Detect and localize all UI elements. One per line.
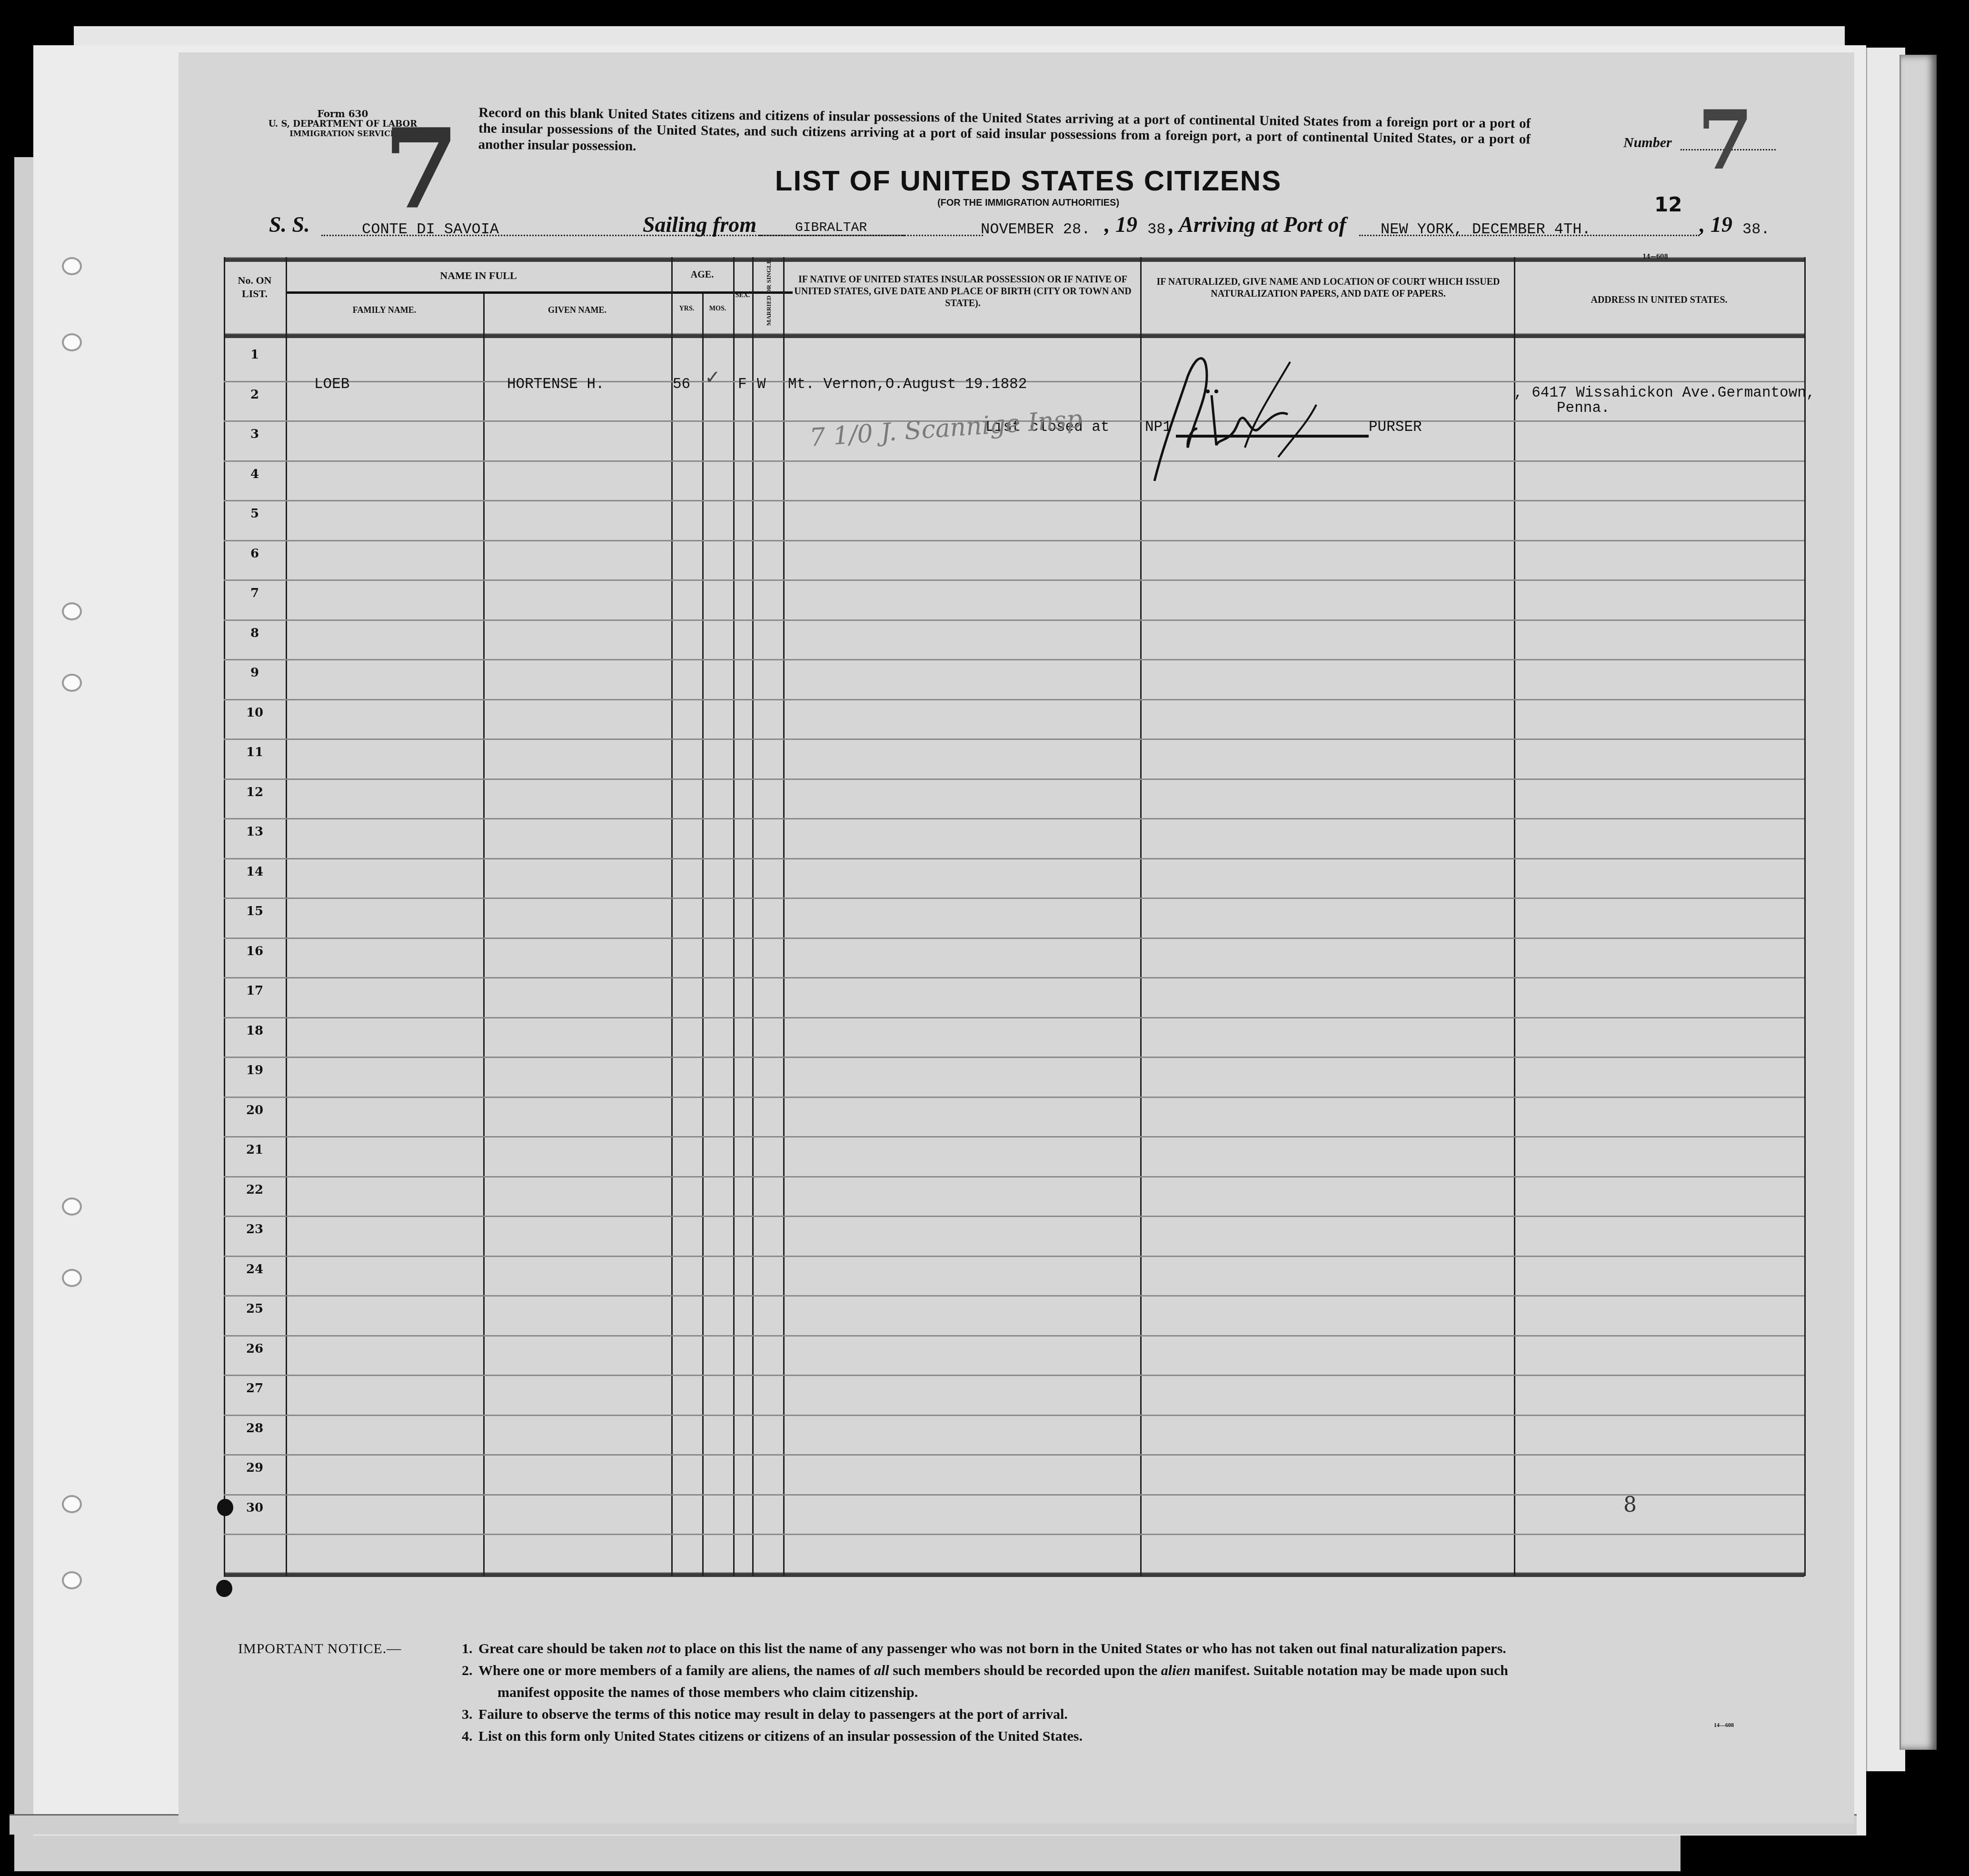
header-no-on-list: No. ON LIST. [224, 274, 286, 300]
number-label: Number [1623, 135, 1672, 151]
row-number: 26 [224, 1342, 286, 1356]
header-age: AGE. [671, 269, 733, 281]
row-rule [224, 898, 1804, 899]
column-rule [483, 294, 485, 1576]
header-married-or-single: MARRIED OR SINGLE. [765, 251, 773, 332]
punch-hole-icon [217, 1499, 233, 1516]
entry-address-line2: Penna. [1557, 400, 1610, 417]
column-rule [733, 257, 735, 1576]
row-number: 19 [224, 1063, 286, 1078]
row-rule [224, 938, 1804, 939]
stamped-number: 7 [383, 114, 459, 224]
entry-marital-status: W [757, 376, 766, 393]
header-name-in-full: NAME IN FULL [286, 269, 671, 282]
row-rule [224, 977, 1804, 978]
punch-hole-icon [216, 1580, 232, 1597]
row-rule [224, 540, 1804, 541]
notice-item-2: 2. Where one or more members of a family… [238, 1660, 1809, 1682]
column-rule [1804, 257, 1806, 1576]
row-number: 17 [224, 984, 286, 998]
row-rule [224, 1136, 1804, 1138]
row-number: 23 [224, 1222, 286, 1237]
arrival-year-prefix: , 19 [1700, 212, 1732, 237]
row-number: 16 [224, 944, 286, 958]
column-rule [1514, 257, 1515, 1576]
binder-hole-icon [62, 1197, 82, 1216]
table-top-rule [224, 257, 1804, 262]
page-title: LIST OF UNITED STATES CITIZENS [671, 164, 1385, 197]
row-rule [224, 1057, 1804, 1058]
row-rule [224, 1375, 1804, 1376]
row-number: 9 [224, 666, 286, 680]
row-rule [224, 1454, 1804, 1456]
row-number: 29 [224, 1461, 286, 1475]
row-number: 14 [224, 865, 286, 879]
row-rule [224, 619, 1804, 621]
header-given-name: GIVEN NAME. [483, 305, 671, 316]
table-bottom-rule [224, 1572, 1804, 1577]
row-rule [224, 1534, 1804, 1535]
header-bottom-rule [224, 333, 1804, 338]
purser-signature [1135, 348, 1373, 486]
row-number: 15 [224, 904, 286, 918]
departure-date: NOVEMBER 28. [981, 220, 1090, 238]
citizen-table: No. ON LIST. NAME IN FULL FAMILY NAME. G… [224, 257, 1804, 1576]
voyage-line: S. S. CONTE DI SAVOIA Sailing from GIBRA… [269, 212, 1816, 245]
row-number: 20 [224, 1103, 286, 1118]
row-number: 24 [224, 1262, 286, 1277]
arriving-label: , Arriving at Port of [1169, 212, 1346, 237]
row-number: 12 [224, 785, 286, 799]
entry-address-line1: , 6417 Wissahickon Ave.Germantown, [1514, 385, 1815, 401]
arrival-year: 38. [1742, 220, 1770, 238]
page-stack-edge [1899, 55, 1937, 1750]
column-rule [783, 257, 785, 1576]
row-rule [224, 699, 1804, 700]
row-rule [224, 1017, 1804, 1018]
column-rule [702, 294, 704, 1576]
binder-hole-icon [62, 602, 82, 620]
checkmark-icon: ✓ [705, 367, 721, 389]
row-rule [224, 1216, 1804, 1217]
row-rule [224, 738, 1804, 740]
binder-hole-icon [62, 333, 82, 351]
header-address: ADDRESS IN UNITED STATES. [1514, 294, 1804, 306]
row-number: 25 [224, 1302, 286, 1316]
margin-mark: 8 [1623, 1493, 1637, 1517]
row-number: 8 [224, 626, 286, 640]
sailing-from-label: Sailing from [643, 212, 756, 237]
row-number: 2 [224, 388, 286, 402]
header-age-mos: MOS. [702, 305, 733, 313]
notice-item-3: 3. Failure to observe the terms of this … [238, 1704, 1809, 1726]
row-number: 6 [224, 547, 286, 561]
header-age-yrs: YRS. [671, 305, 702, 313]
binder-hole-icon [62, 674, 82, 692]
arrival-port-date: NEW YORK, DECEMBER 4TH. [1381, 220, 1591, 238]
print-code-bottom: 14—608 [1714, 1721, 1734, 1730]
row-rule [224, 460, 1804, 462]
print-code: 14—608 [1642, 253, 1668, 260]
row-number: 4 [224, 467, 286, 481]
row-rule [224, 1494, 1804, 1496]
row-number: 10 [224, 706, 286, 720]
entry-sex: F [738, 376, 747, 393]
row-number: 7 [224, 586, 286, 600]
entry-birth: Mt. Vernon,O.August 19.1882 [788, 376, 1027, 393]
departure-year-prefix: , 19 [1104, 212, 1137, 237]
row-number: 27 [224, 1381, 286, 1396]
ss-label: S. S. [269, 212, 310, 237]
row-rule [224, 818, 1804, 819]
notice-item-2-continued: manifest opposite the names of those mem… [238, 1682, 1809, 1704]
ship-name: CONTE DI SAVOIA [362, 220, 499, 238]
row-rule [224, 858, 1804, 859]
column-rule [671, 257, 673, 1576]
row-rule [224, 1256, 1804, 1257]
column-rule [752, 257, 754, 1576]
row-rule [224, 1295, 1804, 1297]
row-rule [224, 1176, 1804, 1177]
binder-hole-icon [62, 1571, 82, 1589]
row-number: 28 [224, 1421, 286, 1436]
header-divider [286, 291, 793, 294]
entry-age-yrs: 56 [673, 376, 690, 393]
page-subtitle: (FOR THE IMMIGRATION AUTHORITIES) [671, 198, 1385, 209]
entry-family-name: LOEB [314, 376, 349, 393]
row-rule [224, 1335, 1804, 1337]
entry-given-name: HORTENSE H. [507, 376, 605, 393]
row-number: 1 [224, 348, 286, 362]
column-rule [286, 257, 287, 1576]
row-number: 21 [224, 1143, 286, 1157]
row-number: 22 [224, 1183, 286, 1197]
header-birth: IF NATIVE OF UNITED STATES INSULAR POSSE… [793, 274, 1133, 309]
header-family-name: FAMILY NAME. [286, 305, 483, 316]
sailing-from-field-line [759, 235, 983, 236]
row-rule [224, 500, 1804, 501]
notice-item-1: IMPORTANT NOTICE.— 1. Great care should … [238, 1638, 1809, 1660]
number-value: 7 [1697, 100, 1753, 181]
row-rule [224, 1097, 1804, 1098]
binder-hole-icon [62, 257, 82, 275]
sailing-from: GIBRALTAR [795, 220, 867, 235]
row-number: 3 [224, 427, 286, 441]
departure-year: 38 [1147, 220, 1165, 238]
notice-item-4: 4. List on this form only United States … [238, 1726, 1809, 1747]
notice-label: IMPORTANT NOTICE.— [238, 1638, 401, 1660]
header-sex: SEX. [733, 291, 752, 300]
binder-hole-icon [62, 1495, 82, 1513]
purser-label: PURSER [1369, 419, 1422, 436]
row-rule [224, 659, 1804, 660]
binder-hole-icon [62, 1269, 82, 1287]
row-number: 5 [224, 507, 286, 521]
row-rule [224, 1415, 1804, 1416]
header-naturalized: IF NATURALIZED, GIVE NAME AND LOCATION O… [1154, 276, 1502, 300]
row-rule [224, 778, 1804, 780]
row-number: 18 [224, 1024, 286, 1038]
inspector-annotation: 7 1/0 J. Scannige Insp [809, 405, 1083, 452]
row-rule [224, 579, 1804, 581]
row-number: 13 [224, 825, 286, 839]
row-number: 11 [224, 745, 286, 759]
important-notice: IMPORTANT NOTICE.— 1. Great care should … [238, 1638, 1809, 1747]
